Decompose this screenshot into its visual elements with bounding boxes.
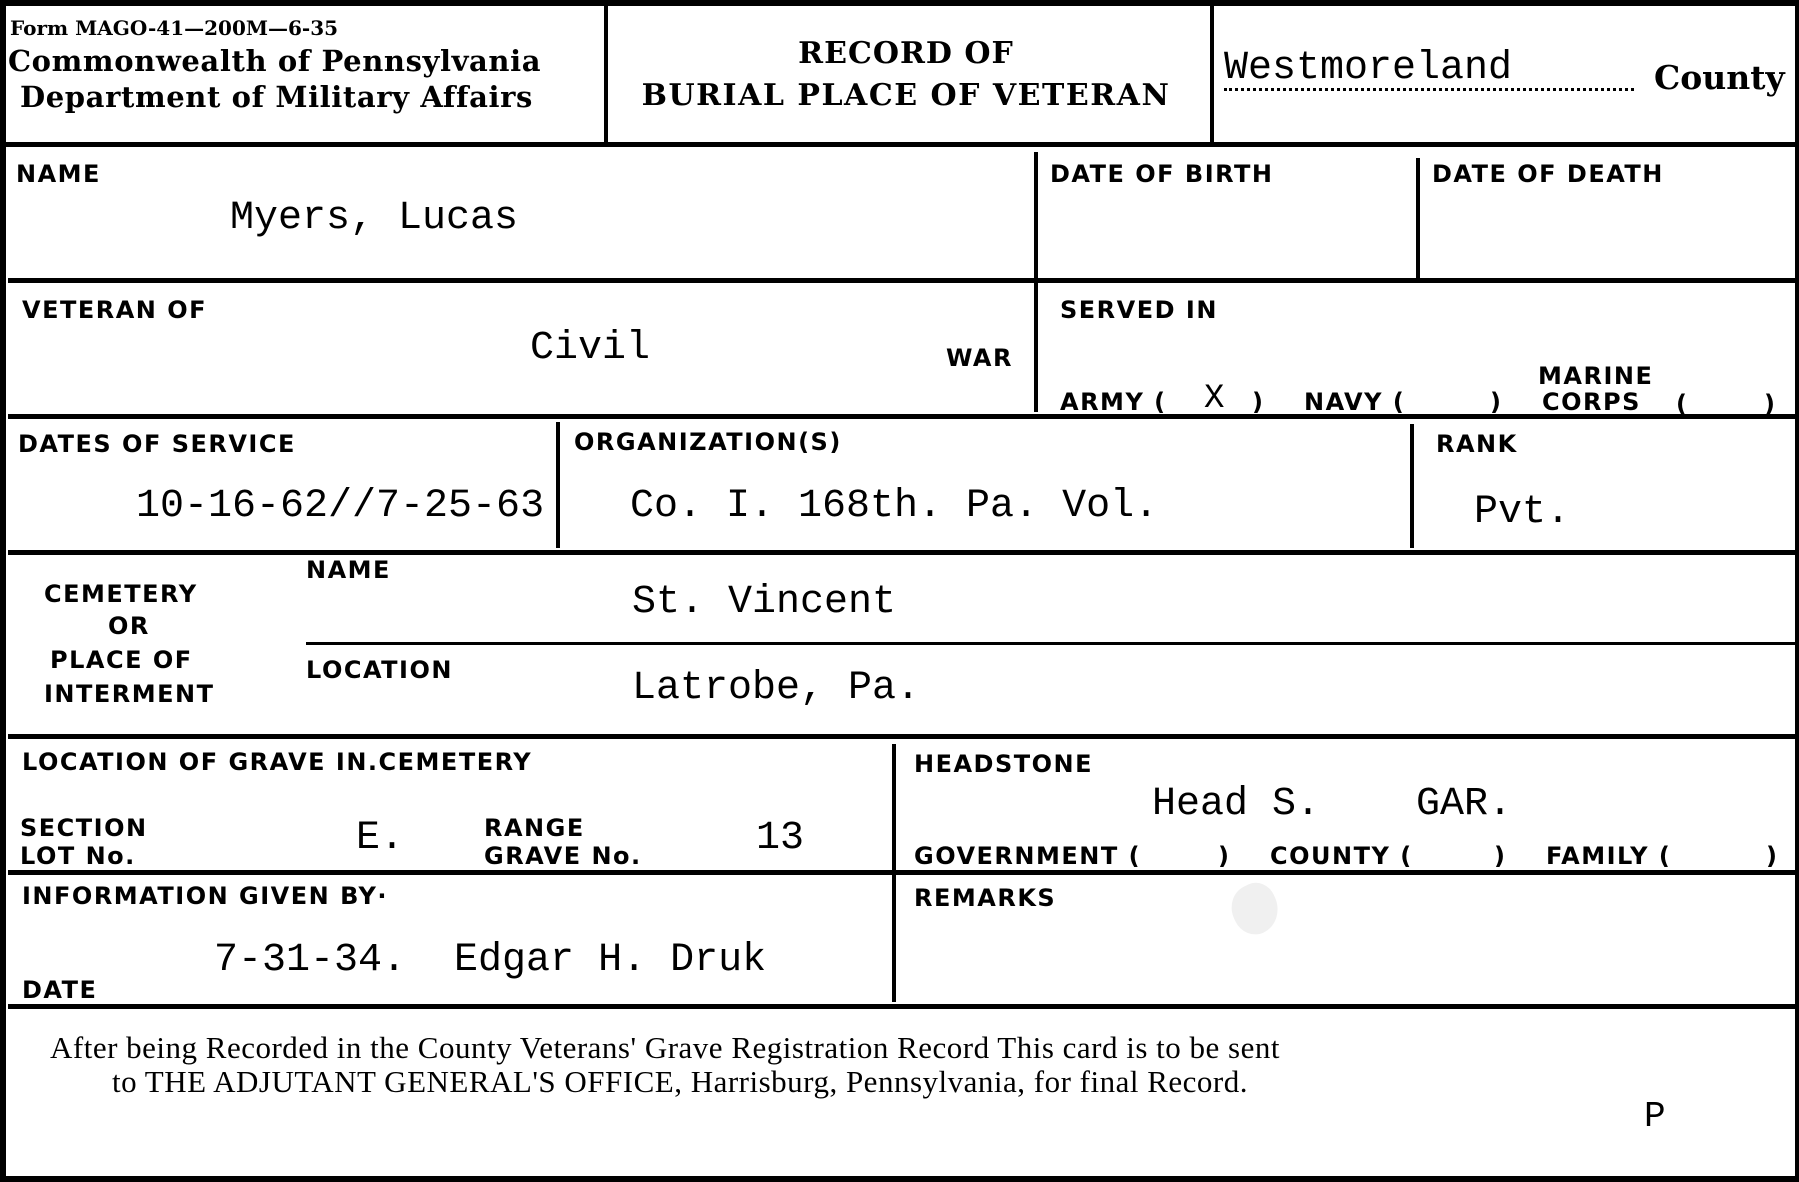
divider-dob-dod [1416, 158, 1420, 280]
information-value[interactable]: 7-31-34. Edgar H. Druk [214, 938, 766, 983]
county-headstone-close[interactable]: ) [1494, 842, 1506, 870]
cemetery-group-label-1: CEMETERY [44, 580, 198, 608]
cemetery-group-label-2: OR [108, 612, 150, 640]
remarks-label: REMARKS [914, 884, 1056, 912]
government-label: GOVERNMENT ( [914, 842, 1141, 870]
army-checkbox-value[interactable]: X [1204, 380, 1224, 418]
cemetery-name-label: NAME [306, 556, 391, 584]
served-in-label: SERVED IN [1060, 296, 1218, 324]
army-close: ) [1252, 388, 1264, 416]
rule-after-information [8, 1004, 1799, 1009]
form-title-line-1: RECORD OF [606, 36, 1206, 71]
county-value[interactable]: Westmoreland [1224, 46, 1512, 91]
rule-after-service [8, 414, 1799, 419]
government-close[interactable]: ) [1218, 842, 1230, 870]
navy-label: NAVY ( [1304, 388, 1405, 416]
organization-label: ORGANIZATION(S) [574, 428, 842, 456]
cemetery-group-label-3: PLACE OF [50, 646, 193, 674]
navy-close: ) [1490, 388, 1502, 416]
section-value[interactable]: E. [356, 816, 404, 861]
frame-bottom [0, 1176, 1799, 1182]
rank-label: RANK [1436, 430, 1518, 458]
marine-label-line-2: CORPS [1542, 388, 1641, 416]
cemetery-location-value[interactable]: Latrobe, Pa. [632, 666, 920, 711]
rule-after-grave [8, 870, 1799, 875]
footer-line-1: After being Recorded in the County Veter… [50, 1030, 1280, 1066]
grave-number-label: GRAVE No. [484, 842, 642, 870]
section-label: SECTION [20, 814, 148, 842]
army-label: ARMY ( [1060, 388, 1167, 416]
frame-top [0, 0, 1799, 6]
range-label: RANGE [484, 814, 585, 842]
name-label: NAME [16, 160, 101, 188]
footer-line-2: to THE ADJUTANT GENERAL'S OFFICE, Harris… [112, 1064, 1248, 1100]
rank-value[interactable]: Pvt. [1474, 490, 1570, 535]
family-close[interactable]: ) [1766, 842, 1778, 870]
county-underline [1224, 88, 1634, 91]
dod-label: DATE OF DEATH [1432, 160, 1664, 188]
county-label: County [1654, 58, 1785, 97]
rule-cemetery-name [306, 642, 1799, 645]
grave-location-label: LOCATION OF GRAVE IN.CEMETERY [22, 748, 532, 776]
marine-label-line-1: MARINE [1538, 362, 1653, 390]
date-label: DATE [22, 976, 97, 1004]
organization-value[interactable]: Co. I. 168th. Pa. Vol. [630, 484, 1158, 529]
cemetery-group-label-4: INTERMENT [44, 680, 215, 708]
veteran-of-label: VETERAN OF [22, 296, 207, 324]
lot-label: LOT No. [20, 842, 136, 870]
burial-record-card: Form MAGO-41—200M—6-35 Commonwealth of P… [0, 0, 1799, 1182]
headstone-label: HEADSTONE [914, 750, 1093, 778]
grave-number-value[interactable]: 13 [756, 816, 804, 861]
cemetery-name-value[interactable]: St. Vincent [632, 580, 896, 625]
form-title-line-2: BURIAL PLACE OF VETERAN [606, 78, 1206, 113]
dates-of-service-value[interactable]: 10-16-62//7-25-63 [136, 484, 544, 529]
ink-smudge [1224, 877, 1287, 942]
header-bottom-rule [0, 142, 1799, 147]
family-label: FAMILY ( [1546, 842, 1671, 870]
divider-org-rank [1410, 424, 1414, 548]
war-value[interactable]: Civil [530, 326, 650, 371]
rule-after-name [8, 278, 1799, 283]
dob-label: DATE OF BIRTH [1050, 160, 1274, 188]
headstone-value[interactable]: Head S. GAR. [1152, 782, 1512, 827]
agency-line-2: Department of Military Affairs [20, 80, 533, 114]
divider-dates-org [556, 422, 560, 548]
rule-after-dates [8, 550, 1799, 555]
frame-left [0, 0, 6, 1182]
rule-after-cemetery [8, 734, 1799, 739]
war-label: WAR [946, 344, 1013, 372]
footer-mark: P [1644, 1096, 1666, 1137]
cemetery-location-label: LOCATION [306, 656, 453, 684]
information-given-by-label: INFORMATION GIVEN BY· [22, 882, 388, 910]
form-number: Form MAGO-41—200M—6-35 [10, 16, 338, 40]
header-divider-1 [604, 0, 608, 142]
agency-line-1: Commonwealth of Pennsylvania [8, 44, 541, 78]
header-divider-2 [1210, 0, 1214, 142]
name-value[interactable]: Myers, Lucas [230, 196, 518, 241]
county-headstone-label: COUNTY ( [1270, 842, 1413, 870]
dates-of-service-label: DATES OF SERVICE [18, 430, 296, 458]
